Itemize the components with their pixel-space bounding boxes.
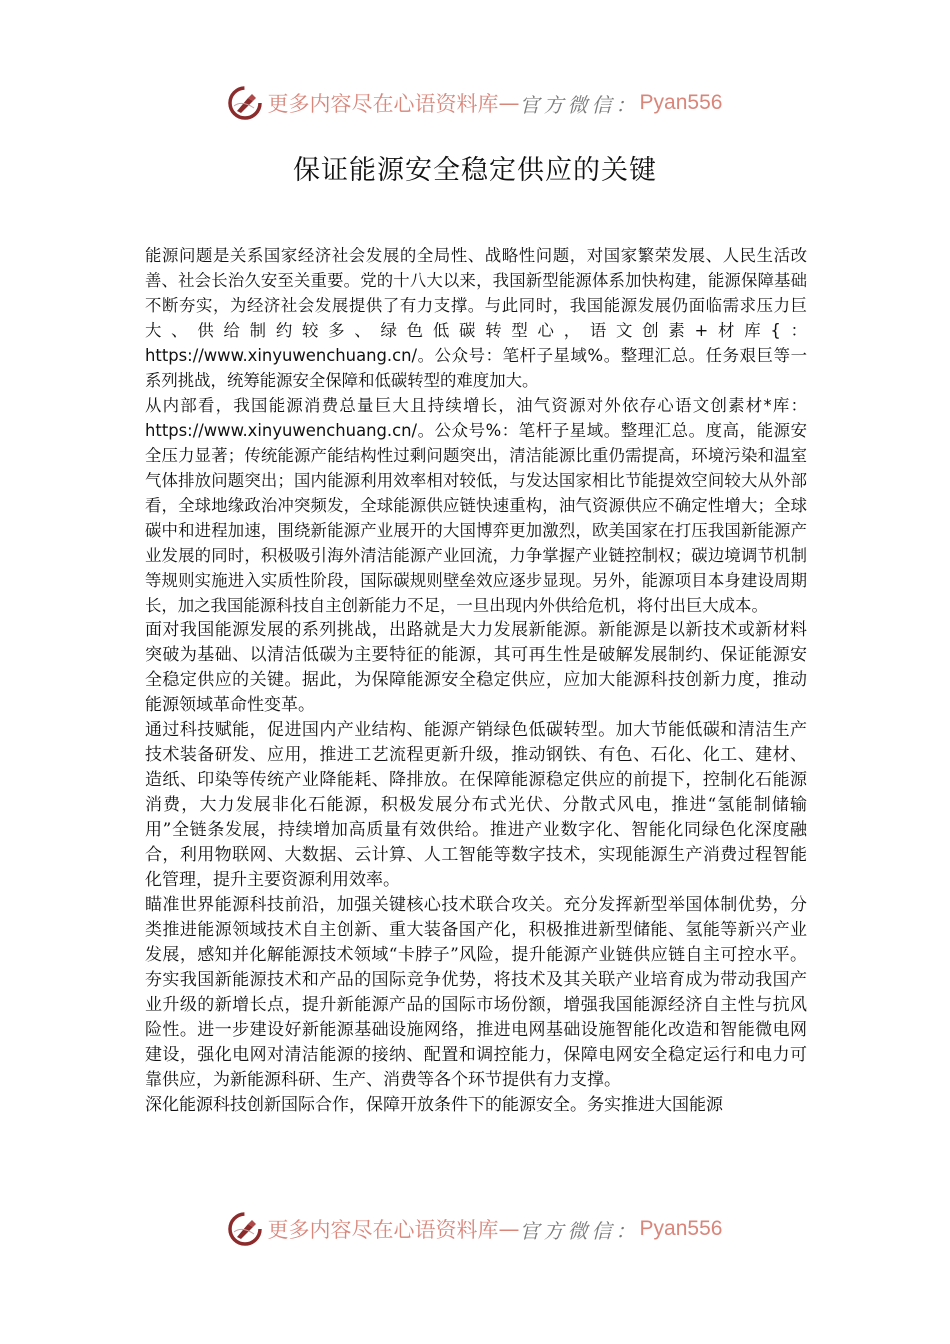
banner-dash: — xyxy=(499,91,520,115)
banner-slogan: 更多内容尽在心语资料库 xyxy=(268,1214,499,1244)
footer-watermark-banner: 更多内容尽在心语资料库 — 官方微信： Pyan556 xyxy=(0,1207,950,1251)
paragraph-2: 从内部看，我国能源消费总量巨大且持续增长，油气资源对外依存心语文创素材*库：ht… xyxy=(145,393,807,618)
header-watermark-banner: 更多内容尽在心语资料库 — 官方微信： Pyan556 xyxy=(0,81,950,125)
banner-dash: — xyxy=(499,1217,520,1241)
document-body: 能源问题是关系国家经济社会发展的全局性、战略性问题，对国家繁荣发展、人民生活改善… xyxy=(145,243,807,1118)
pen-nib-logo-icon xyxy=(228,86,262,120)
paragraph-3: 面对我国能源发展的系列挑战，出路就是大力发展新能源。新能源是以新技术或新材料突破… xyxy=(145,618,807,718)
banner-wechat-id: Pyan556 xyxy=(640,1217,723,1241)
banner-slogan: 更多内容尽在心语资料库 xyxy=(268,88,499,118)
paragraph-5: 瞄准世界能源科技前沿，加强关键核心技术联合攻关。充分发挥新型举国体制优势，分类推… xyxy=(145,893,807,1093)
banner-wechat-id: Pyan556 xyxy=(640,91,723,115)
paragraph-4: 通过科技赋能，促进国内产业结构、能源产销绿色低碳转型。加大节能低碳和清洁生产技术… xyxy=(145,718,807,893)
paragraph-1: 能源问题是关系国家经济社会发展的全局性、战略性问题，对国家繁荣发展、人民生活改善… xyxy=(145,243,807,393)
pen-nib-logo-icon xyxy=(228,1212,262,1246)
banner-official-label: 官方微信： xyxy=(520,89,640,118)
paragraph-6: 深化能源科技创新国际合作，保障开放条件下的能源安全。务实推进大国能源 xyxy=(145,1093,807,1118)
document-title: 保证能源安全稳定供应的关键 xyxy=(0,148,950,187)
banner-official-label: 官方微信： xyxy=(520,1215,640,1244)
